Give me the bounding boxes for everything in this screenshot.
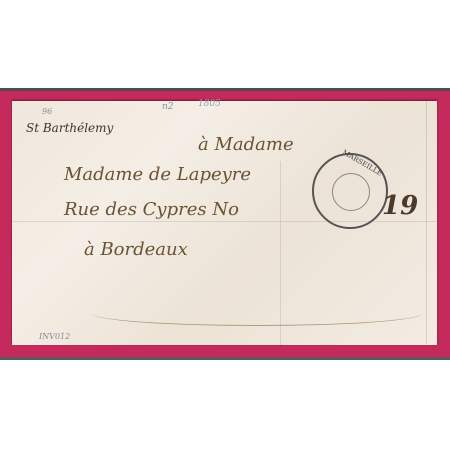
address-line-4: à Bordeaux	[84, 239, 188, 260]
address-line-3: Rue des Cypres No	[64, 199, 239, 220]
pencil-note: n2	[162, 102, 174, 112]
address-line-2: Madame de Lapeyre	[64, 164, 251, 185]
postmark-inner-ring	[332, 173, 370, 211]
photo-frame: 96 St Barthélemy n2 1805 à Madame Madame…	[0, 88, 450, 360]
address-line-1: à Madame	[198, 134, 294, 155]
top-band	[0, 88, 450, 91]
inventory-note: INV012	[39, 332, 70, 341]
pencil-note: 1805	[198, 99, 221, 109]
origin-stamp: St Barthélemy	[26, 121, 113, 135]
stamp-number: 96	[42, 107, 52, 116]
fold-line	[426, 101, 427, 345]
bottom-band	[0, 357, 450, 360]
postmark-circle: MARSEILLE	[312, 153, 388, 229]
rate-mark: 19	[382, 191, 418, 221]
fold-line	[12, 221, 437, 222]
letter-cover: 96 St Barthélemy n2 1805 à Madame Madame…	[12, 101, 437, 345]
flourish-swash	[92, 301, 422, 326]
